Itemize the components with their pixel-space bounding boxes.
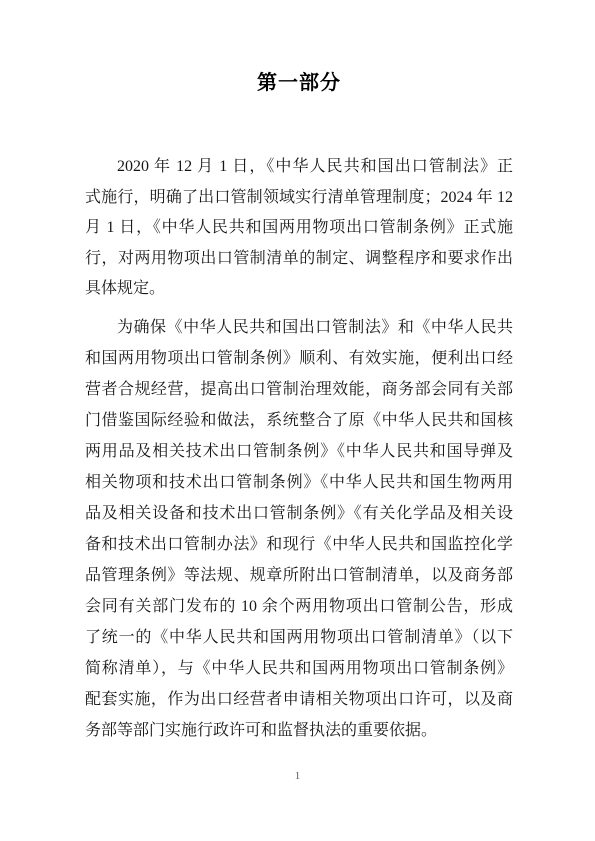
text-line: 和国两用物项出口管制条例》顺利、有效实施，便利出口经 (85, 343, 513, 374)
paragraph: 为确保《中华人民共和国出口管制法》和《中华人民共 和国两用物项出口管制条例》顺利… (85, 312, 513, 746)
page-footer: 1 (0, 766, 595, 784)
document-page: 第一部分 2020 年 12 月 1 日，《中华人民共和国出口管制法》正 式施行… (0, 0, 595, 841)
page-number: 1 (295, 770, 301, 782)
text-line: 两用品及相关技术出口管制条例》《中华人民共和国导弹及 (85, 436, 513, 467)
text-line: 了统一的《中华人民共和国两用物项出口管制清单》（以下 (85, 622, 513, 653)
text-line: 具体规定。 (85, 274, 513, 305)
text-line: 为确保《中华人民共和国出口管制法》和《中华人民共 (85, 312, 513, 343)
page-title: 第一部分 (85, 67, 513, 99)
text-line: 会同有关部门发布的 10 余个两用物项出口管制公告，形成 (85, 591, 513, 622)
text-line: 行，对两用物项出口管制清单的制定、调整程序和要求作出 (85, 244, 513, 275)
text-line: 月 1 日，《中华人民共和国两用物项出口管制条例》正式施 (85, 213, 513, 244)
text-line: 2020 年 12 月 1 日，《中华人民共和国出口管制法》正 (85, 152, 513, 183)
text-line: 品及相关设备和技术出口管制条例》《有关化学品及相关设 (85, 498, 513, 529)
text-line: 营者合规经营，提高出口管制治理效能，商务部会同有关部 (85, 374, 513, 405)
paragraph: 2020 年 12 月 1 日，《中华人民共和国出口管制法》正 式施行，明确了出… (85, 152, 513, 305)
text-line: 务部等部门实施行政许可和监督执法的重要依据。 (85, 715, 513, 746)
text-line: 备和技术出口管制办法》和现行《中华人民共和国监控化学 (85, 529, 513, 560)
text-line: 式施行，明确了出口管制领域实行清单管理制度；2024 年 12 (85, 183, 513, 214)
text-line: 简称清单），与《中华人民共和国两用物项出口管制条例》 (85, 653, 513, 684)
text-line: 品管理条例》等法规、规章所附出口管制清单，以及商务部 (85, 560, 513, 591)
text-line: 配套实施，作为出口经营者申请相关物项出口许可，以及商 (85, 684, 513, 715)
document-body: 2020 年 12 月 1 日，《中华人民共和国出口管制法》正 式施行，明确了出… (85, 152, 513, 746)
text-line: 门借鉴国际经验和做法，系统整合了原《中华人民共和国核 (85, 405, 513, 436)
text-line: 相关物项和技术出口管制条例》《中华人民共和国生物两用 (85, 467, 513, 498)
